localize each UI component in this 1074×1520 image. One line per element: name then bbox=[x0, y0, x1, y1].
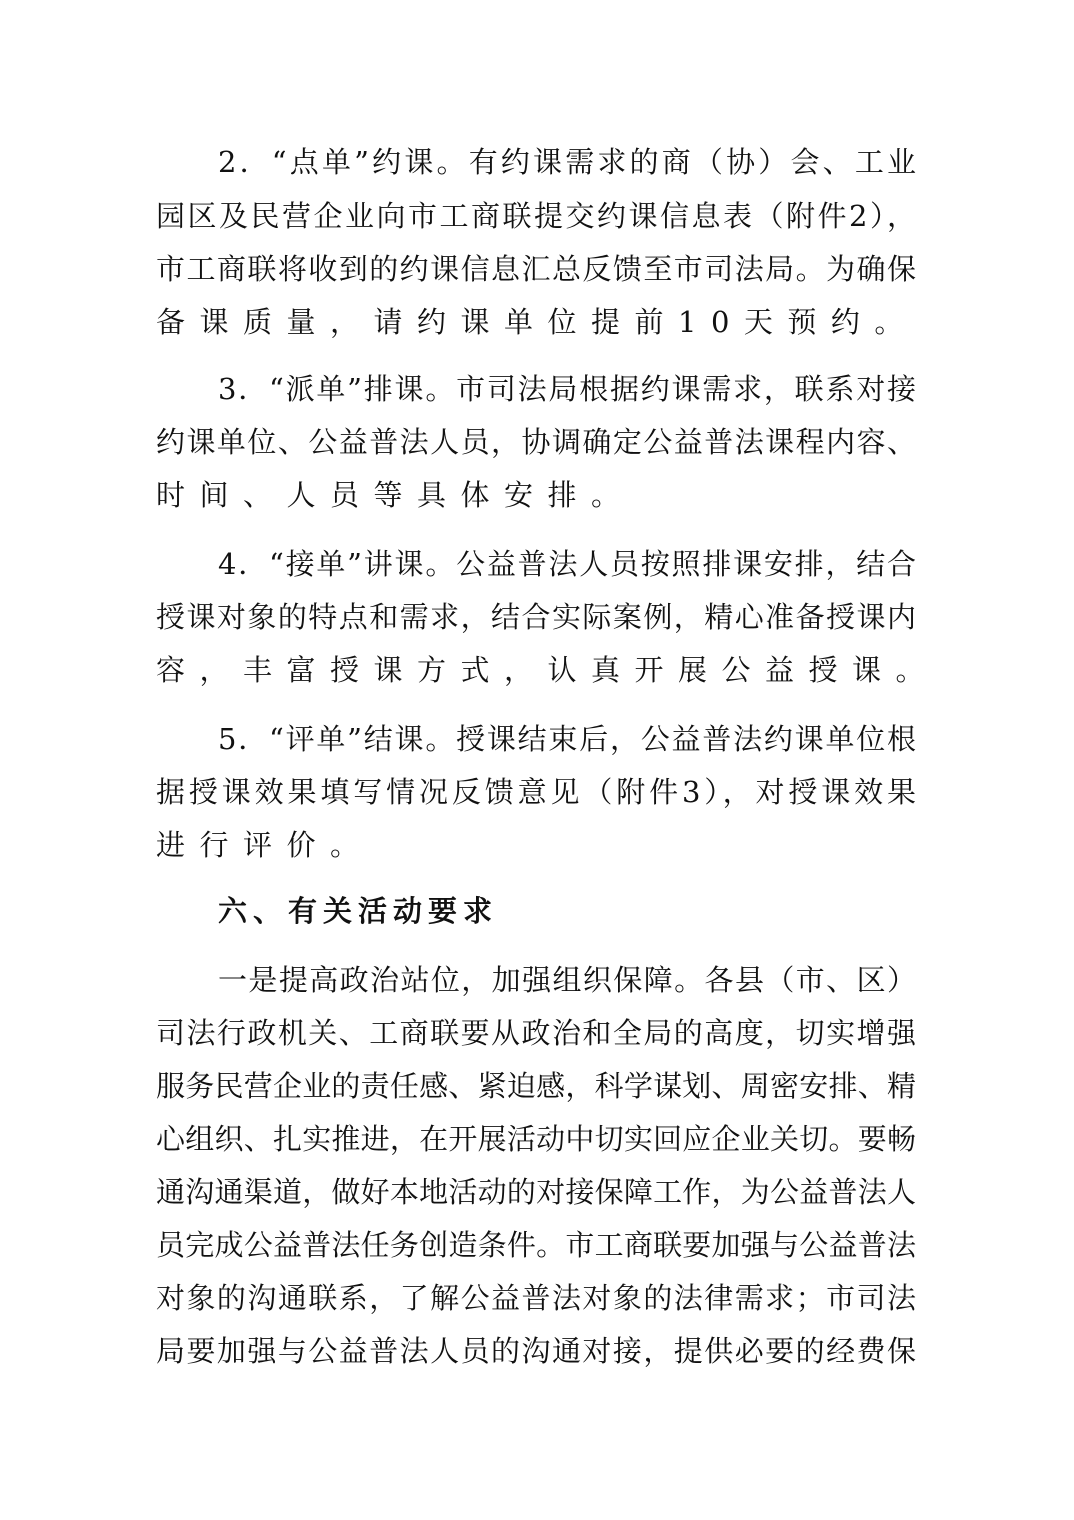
requirement-1-line-3: 服务民营企业的责任感、紧迫感，科学谋划、周密安排、精 bbox=[156, 1066, 916, 1106]
requirement-1-line-1: 一是提高政治站位，加强组织保障。各县（市、区） bbox=[218, 960, 916, 1000]
paragraph-item-4-line-1: 4．“接单”讲课。公益普法人员按照排课安排，结合 bbox=[218, 544, 916, 584]
paragraph-item-2-line-4: 备课质量，请约课单位提前10天预约。 bbox=[156, 302, 916, 342]
paragraph-item-3-line-3: 时间、人员等具体安排。 bbox=[156, 475, 916, 515]
paragraph-item-2-line-3: 市工商联将收到的约课信息汇总反馈至市司法局。为确保 bbox=[156, 249, 916, 289]
requirement-1-line-7: 对象的沟通联系，了解公益普法对象的法律需求；市司法 bbox=[156, 1278, 916, 1318]
requirement-1-line-8: 局要加强与公益普法人员的沟通对接，提供必要的经费保 bbox=[156, 1331, 916, 1371]
paragraph-item-2-line-1: 2．“点单”约课。有约课需求的商（协）会、工业 bbox=[218, 142, 916, 182]
paragraph-item-3-line-1: 3．“派单”排课。市司法局根据约课需求，联系对接 bbox=[218, 369, 916, 409]
paragraph-item-4-line-2: 授课对象的特点和需求，结合实际案例，精心准备授课内 bbox=[156, 597, 916, 637]
document-page: 2．“点单”约课。有约课需求的商（协）会、工业 园区及民营企业向市工商联提交约课… bbox=[0, 0, 1074, 1520]
requirement-1-line-2: 司法行政机关、工商联要从政治和全局的高度，切实增强 bbox=[156, 1013, 916, 1053]
paragraph-item-2-line-2: 园区及民营企业向市工商联提交约课信息表（附件2）， bbox=[156, 196, 916, 236]
requirement-1-line-4: 心组织、扎实推进，在开展活动中切实回应企业关切。要畅 bbox=[156, 1119, 916, 1159]
section-heading: 六、有关活动要求 bbox=[218, 891, 498, 931]
paragraph-item-5-line-3: 进行评价。 bbox=[156, 825, 916, 865]
paragraph-item-4-line-3: 容，丰富授课方式，认真开展公益授课。 bbox=[156, 650, 916, 690]
requirement-1-line-6: 员完成公益普法任务创造条件。市工商联要加强与公益普法 bbox=[156, 1225, 916, 1265]
requirement-1-line-5: 通沟通渠道，做好本地活动的对接保障工作，为公益普法人 bbox=[156, 1172, 916, 1212]
paragraph-item-3-line-2: 约课单位、公益普法人员，协调确定公益普法课程内容、 bbox=[156, 422, 916, 462]
paragraph-item-5-line-1: 5．“评单”结课。授课结束后，公益普法约课单位根 bbox=[218, 719, 916, 759]
paragraph-item-5-line-2: 据授课效果填写情况反馈意见（附件3），对授课效果 bbox=[156, 772, 916, 812]
